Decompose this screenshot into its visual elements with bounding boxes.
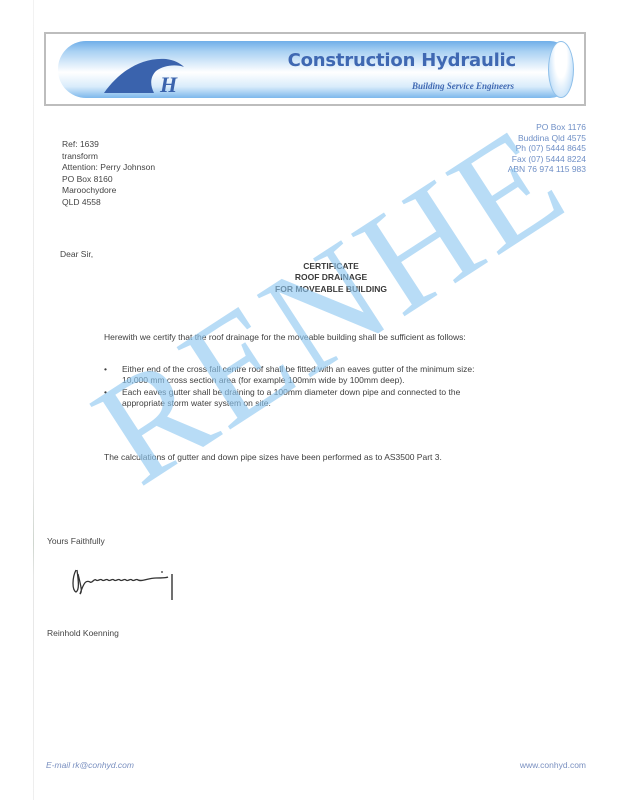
intro-paragraph: Herewith we certify that the roof draina… bbox=[104, 332, 494, 343]
title-line: ROOF DRAINAGE bbox=[200, 272, 462, 283]
sender-line: Fax (07) 5444 8224 bbox=[508, 154, 586, 165]
sender-line: Ph (07) 5444 8645 bbox=[508, 143, 586, 154]
footer-website: www.conhyd.com bbox=[520, 760, 586, 770]
sender-address: PO Box 1176 Buddina Qld 4575 Ph (07) 544… bbox=[508, 122, 586, 175]
list-item: Either end of the cross fall centre roof… bbox=[104, 364, 494, 387]
title-line: CERTIFICATE bbox=[200, 261, 462, 272]
sender-line: PO Box 1176 bbox=[508, 122, 586, 133]
salutation: Dear Sir, bbox=[60, 249, 93, 259]
pipe-graphic: H Construction Hydraulic Building Servic… bbox=[58, 41, 570, 98]
certificate-title: CERTIFICATE ROOF DRAINAGE FOR MOVEABLE B… bbox=[200, 261, 462, 295]
list-item: Each eaves gutter shall be draining to a… bbox=[104, 387, 494, 410]
svg-text:H: H bbox=[159, 72, 178, 95]
recipient-attention: Attention: Perry Johnson bbox=[62, 162, 155, 174]
closing-paragraph: The calculations of gutter and down pipe… bbox=[104, 452, 494, 463]
recipient-city: Maroochydore bbox=[62, 185, 155, 197]
valediction: Yours Faithfully bbox=[47, 536, 105, 546]
footer-email: E-mail rk@conhyd.com bbox=[46, 760, 134, 770]
company-logo-icon: H bbox=[100, 51, 190, 95]
title-line: FOR MOVEABLE BUILDING bbox=[200, 284, 462, 295]
letterhead-banner: H Construction Hydraulic Building Servic… bbox=[44, 32, 586, 106]
pipe-end-graphic bbox=[548, 41, 574, 98]
reference-number: Ref: 1639 bbox=[62, 139, 155, 151]
recipient-state-postcode: QLD 4558 bbox=[62, 197, 155, 209]
requirements-list: Either end of the cross fall centre roof… bbox=[104, 364, 494, 410]
sender-line: Buddina Qld 4575 bbox=[508, 133, 586, 144]
signatory-name: Reinhold Koenning bbox=[47, 628, 119, 638]
recipient-address: Ref: 1639 transform Attention: Perry Joh… bbox=[62, 139, 155, 209]
signature-icon bbox=[68, 560, 188, 606]
company-tagline: Building Service Engineers bbox=[412, 81, 514, 91]
sender-line: ABN 76 974 115 983 bbox=[508, 164, 586, 175]
company-name: Construction Hydraulic bbox=[288, 50, 516, 71]
recipient-po-box: PO Box 8160 bbox=[62, 174, 155, 186]
recipient-company: transform bbox=[62, 151, 155, 163]
page-scan-edge bbox=[33, 0, 34, 800]
